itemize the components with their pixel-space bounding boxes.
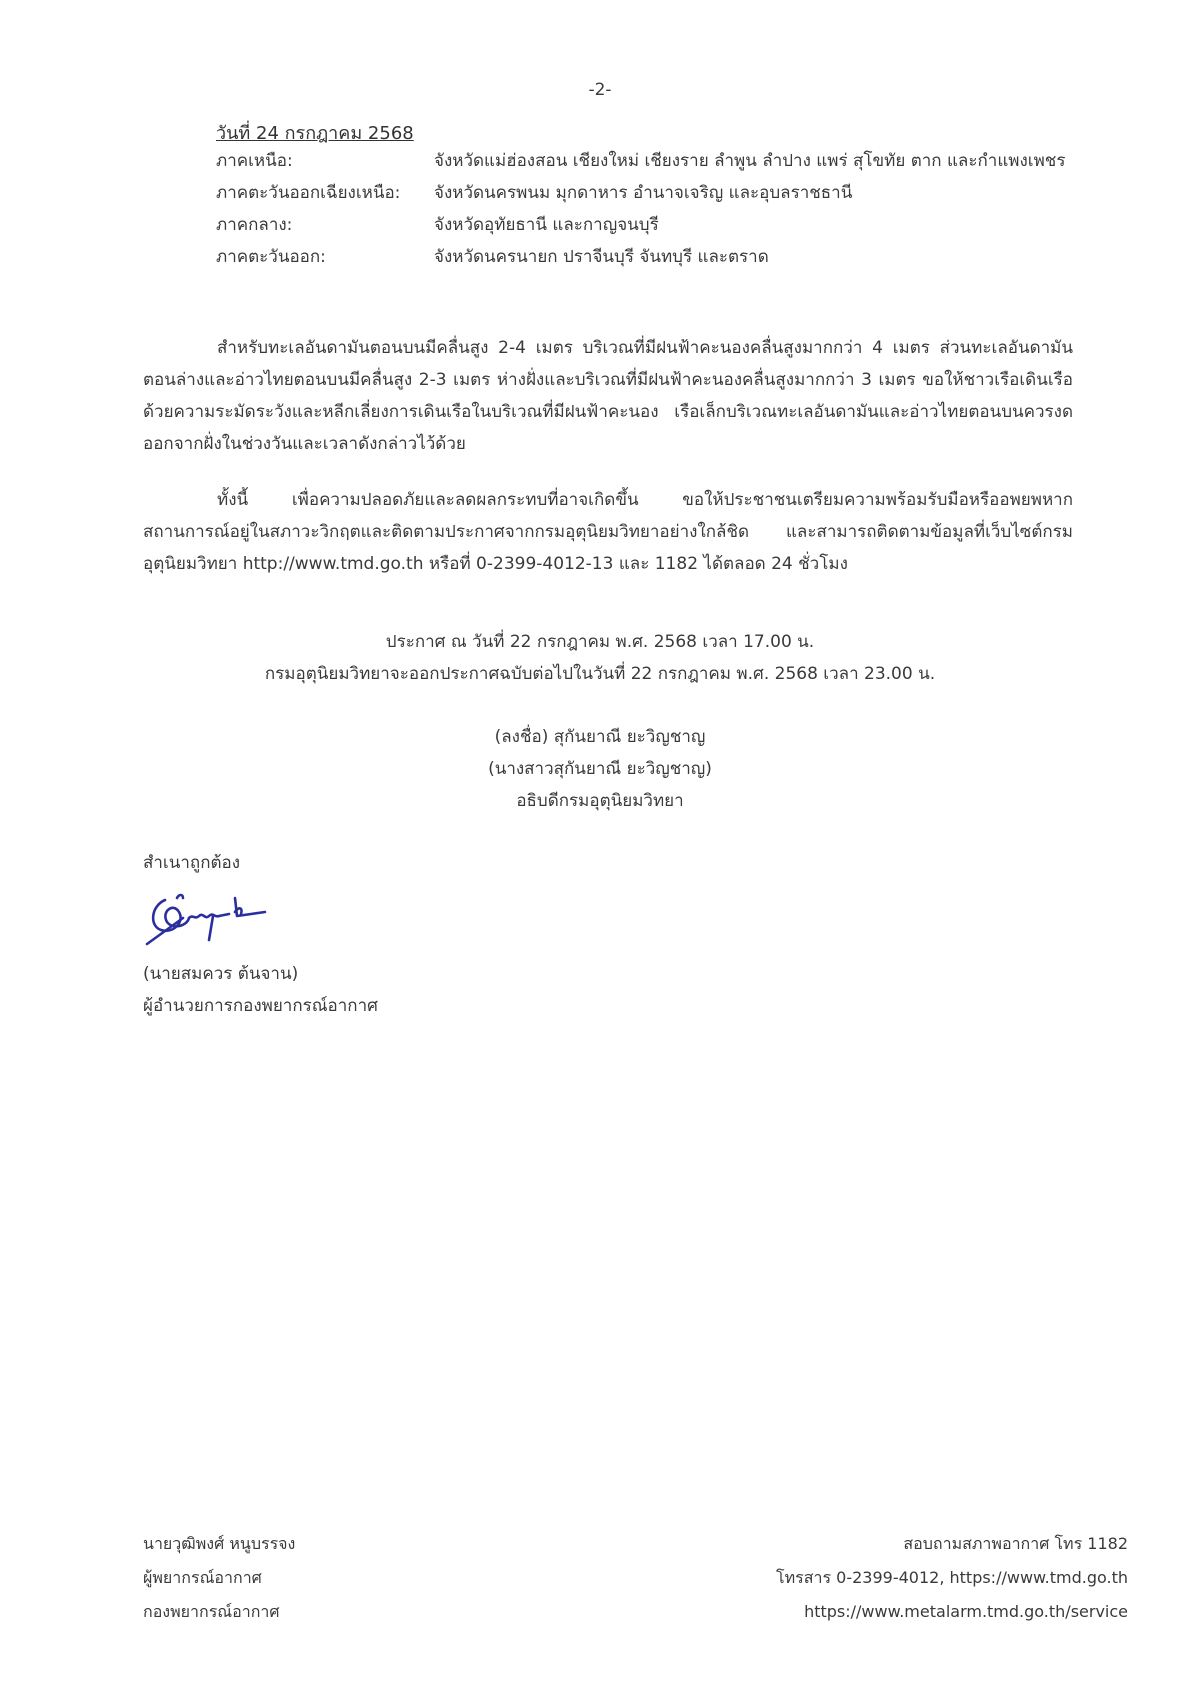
region-row-east: ภาคตะวันออก: จังหวัดนครนายก ปราจีนบุรี จ…	[216, 244, 1065, 276]
page-number: -2-	[0, 80, 1200, 100]
region-provinces: จังหวัดนครพนม มุกดาหาร อำนาจเจริญ และอุบ…	[434, 180, 852, 212]
affected-regions-list: ภาคเหนือ: จังหวัดแม่ฮ่องสอน เชียงใหม่ เช…	[216, 148, 1065, 276]
region-provinces: จังหวัดนครนายก ปราจีนบุรี จันทบุรี และตร…	[434, 244, 769, 276]
region-provinces: จังหวัดอุทัยธานี และกาญจนบุรี	[434, 212, 659, 244]
footer-contact: สอบถามสภาพอากาศ โทร 1182 โทรสาร 0-2399-4…	[776, 1527, 1128, 1629]
region-row-central: ภาคกลาง: จังหวัดอุทัยธานี และกาญจนบุรี	[216, 212, 1065, 244]
contact-fax-website: โทรสาร 0-2399-4012, https://www.tmd.go.t…	[776, 1561, 1128, 1595]
footer-forecaster: นายวุฒิพงศ์ หนูบรรจง ผู้พยากรณ์อากาศ กอง…	[143, 1527, 295, 1629]
handwritten-signature-icon	[143, 882, 273, 952]
signatory-title: อธิบดีกรมอุตุนิยมวิทยา	[0, 788, 1200, 814]
region-label: ภาคกลาง:	[216, 212, 434, 244]
certified-copy-block: สำเนาถูกต้อง (นายสมควร ต้นจาน) ผู้อำนวยก…	[143, 850, 378, 1022]
signatory-name: (นางสาวสุกันยาณี ยะวิญชาญ)	[0, 756, 1200, 782]
issued-datetime: ประกาศ ณ วันที่ 22 กรกฎาคม พ.ศ. 2568 เวล…	[0, 629, 1200, 655]
contact-phone: สอบถามสภาพอากาศ โทร 1182	[776, 1527, 1128, 1561]
region-row-north: ภาคเหนือ: จังหวัดแม่ฮ่องสอน เชียงใหม่ เช…	[216, 148, 1065, 180]
forecaster-division: กองพยากรณ์อากาศ	[143, 1595, 295, 1629]
forecaster-name: นายวุฒิพงศ์ หนูบรรจง	[143, 1527, 295, 1561]
region-label: ภาคตะวันออกเฉียงเหนือ:	[216, 180, 434, 212]
certifier-title: ผู้อำนวยการกองพยากรณ์อากาศ	[143, 990, 378, 1022]
marine-warning-paragraph: สำหรับทะเลอันดามันตอนบนมีคลื่นสูง 2-4 เม…	[143, 332, 1073, 460]
certified-copy-label: สำเนาถูกต้อง	[143, 850, 378, 876]
forecaster-role: ผู้พยากรณ์อากาศ	[143, 1561, 295, 1595]
next-announcement: กรมอุตุนิยมวิทยาจะออกประกาศฉบับต่อไปในวั…	[0, 661, 1200, 687]
contact-metalarm-link[interactable]: https://www.metalarm.tmd.go.th/service	[776, 1595, 1128, 1629]
certifier-name: (นายสมควร ต้นจาน)	[143, 958, 378, 990]
region-row-northeast: ภาคตะวันออกเฉียงเหนือ: จังหวัดนครพนม มุก…	[216, 180, 1065, 212]
region-label: ภาคเหนือ:	[216, 148, 434, 180]
region-provinces: จังหวัดแม่ฮ่องสอน เชียงใหม่ เชียงราย ลำพ…	[434, 148, 1065, 180]
region-label: ภาคตะวันออก:	[216, 244, 434, 276]
signed-line: (ลงชื่อ) สุกันยาณี ยะวิญชาญ	[0, 724, 1200, 750]
date-heading: วันที่ 24 กรกฎาคม 2568	[216, 118, 414, 147]
safety-advice-paragraph: ทั้งนี้ เพื่อความปลอดภัยและลดผลกระทบที่อ…	[143, 484, 1073, 580]
